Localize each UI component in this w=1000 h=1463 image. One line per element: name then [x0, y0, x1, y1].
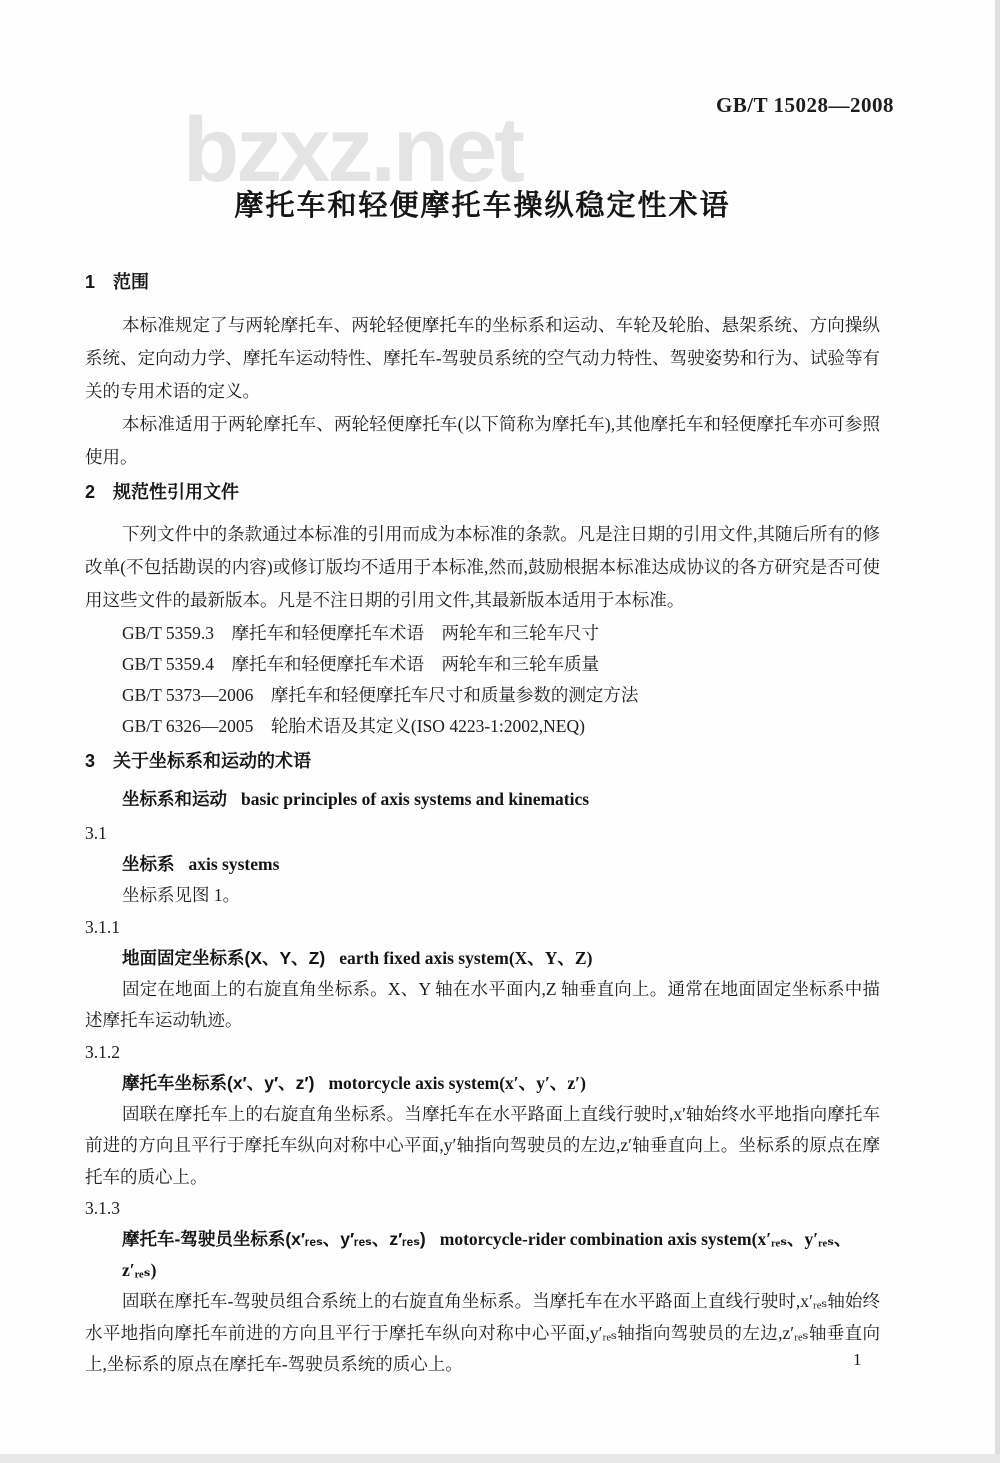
reference-item: GB/T 6326—2005 轮胎术语及其定义(ISO 4223-1:2002,… [85, 711, 880, 742]
reference-list: GB/T 5359.3 摩托车和轻便摩托车术语 两轮车和三轮车尺寸 GB/T 5… [85, 618, 880, 742]
term-en: motorcycle axis system(x′、y′、z′) [328, 1073, 585, 1093]
document-title: 摩托车和轻便摩托车操纵稳定性术语 [85, 188, 880, 224]
scan-edge-right [995, 0, 1000, 1463]
scope-paragraph-2: 本标准适用于两轮摩托车、两轮轻便摩托车(以下简称为摩托车),其他摩托车和轻便摩托… [85, 408, 880, 474]
clause-number-3-1-1: 3.1.1 [85, 912, 880, 943]
section-1-heading: 1 范围 [85, 272, 880, 292]
refs-intro-paragraph: 下列文件中的条款通过本标准的引用而成为本标准的条款。凡是注日期的引用文件,其随后… [85, 518, 880, 617]
term-title-3-1-2: 摩托车坐标系(x′、y′、z′)motorcycle axis system(x… [85, 1068, 880, 1099]
scan-edge-bottom [0, 1454, 1000, 1463]
clause-number-3-1-2: 3.1.2 [85, 1037, 880, 1068]
term-title-3-1: 坐标系axis systems [85, 849, 880, 880]
term-title-3-1-1: 地面固定坐标系(X、Y、Z)earth fixed axis system(X、… [85, 943, 880, 974]
standard-number: GB/T 15028—2008 [85, 93, 894, 118]
term-en: axis systems [189, 854, 280, 874]
document-page: bzxz.net GB/T 15028—2008 摩托车和轻便摩托车操纵稳定性术… [0, 0, 1000, 1463]
term-en: earth fixed axis system(X、Y、Z) [339, 948, 592, 968]
term-group-zh: 坐标系和运动 [122, 789, 227, 809]
term-body-3-1-3: 固联在摩托车-驾驶员组合系统上的右旋直角坐标系。当摩托车在水平路面上直线行驶时,… [85, 1286, 880, 1381]
term-zh: 地面固定坐标系(X、Y、Z) [122, 948, 325, 968]
term-group-en: basic principles of axis systems and kin… [241, 789, 589, 809]
term-title-3-1-3: 摩托车-驾驶员坐标系(x′ᵣₑₛ、y′ᵣₑₛ、z′ᵣₑₛ)motorcycle-… [85, 1224, 880, 1286]
clause-number-3-1-3: 3.1.3 [85, 1193, 880, 1224]
term-zh: 摩托车坐标系(x′、y′、z′) [122, 1073, 314, 1093]
clause-number-3-1: 3.1 [85, 818, 880, 849]
reference-item: GB/T 5373—2006 摩托车和轻便摩托车尺寸和质量参数的测定方法 [85, 680, 880, 711]
term-group-title: 坐标系和运动basic principles of axis systems a… [85, 784, 880, 815]
term-body-3-1-2: 固联在摩托车上的右旋直角坐标系。当摩托车在水平路面上直线行驶时,x′轴始终水平地… [85, 1099, 880, 1194]
page-number: 1 [853, 1350, 862, 1370]
page-content: GB/T 15028—2008 摩托车和轻便摩托车操纵稳定性术语 1 范围 本标… [85, 0, 880, 1381]
term-body-3-1: 坐标系见图 1。 [85, 880, 880, 912]
reference-item: GB/T 5359.3 摩托车和轻便摩托车术语 两轮车和三轮车尺寸 [85, 618, 880, 649]
term-zh: 坐标系 [122, 854, 175, 874]
reference-item: GB/T 5359.4 摩托车和轻便摩托车术语 两轮车和三轮车质量 [85, 649, 880, 680]
section-2-heading: 2 规范性引用文件 [85, 482, 880, 502]
section-3-heading: 3 关于坐标系和运动的术语 [85, 751, 880, 771]
term-body-3-1-1: 固定在地面上的右旋直角坐标系。X、Y 轴在水平面内,Z 轴垂直向上。通常在地面固… [85, 974, 880, 1037]
scope-paragraph-1: 本标准规定了与两轮摩托车、两轮轻便摩托车的坐标系和运动、车轮及轮胎、悬架系统、方… [85, 309, 880, 408]
term-zh: 摩托车-驾驶员坐标系(x′ᵣₑₛ、y′ᵣₑₛ、z′ᵣₑₛ) [122, 1229, 426, 1249]
